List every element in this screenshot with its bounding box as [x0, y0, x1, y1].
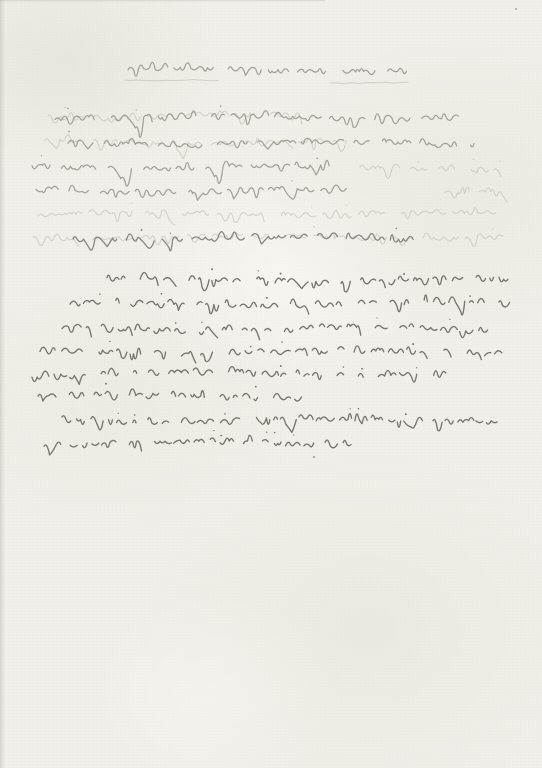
pencil-stroke: [280, 417, 296, 432]
pencil-stroke: [471, 168, 488, 173]
pencil-stroke: [458, 418, 474, 423]
pencil-dot: [248, 435, 250, 437]
pencil-stroke: [191, 391, 205, 398]
pencil-stroke: [323, 210, 351, 218]
paragraph1-line: [55, 105, 458, 137]
pencil-dot: [405, 413, 407, 415]
pencil-stroke: [101, 371, 105, 373]
pencil-stroke: [135, 189, 175, 197]
pencil-stroke: [476, 421, 483, 423]
pencil-dot: [280, 365, 282, 367]
pencil-stroke: [126, 234, 154, 248]
pencil-stroke: [320, 324, 325, 327]
pencil-stroke: [197, 419, 213, 423]
pencil-dot: [255, 386, 257, 388]
pencil-stroke: [274, 442, 281, 445]
pencil-stroke: [313, 373, 322, 380]
pencil-dot: [250, 346, 252, 348]
pencil-stroke: [336, 302, 341, 306]
pencil-stroke: [452, 277, 462, 281]
pencil-stroke: [296, 370, 299, 374]
pencil-stroke: [433, 276, 446, 285]
pencil-stroke: [70, 374, 85, 384]
pencil-dot: [220, 435, 222, 437]
pencil-stroke: [62, 165, 96, 170]
pencil-stroke: [142, 235, 179, 244]
pencil-stroke: [162, 421, 169, 423]
pencil-stroke: [86, 327, 91, 337]
title-handwriting: [128, 62, 406, 76]
pencil-stroke: [174, 63, 213, 71]
pencil-stroke: [315, 301, 333, 307]
pencil-dot: [266, 297, 268, 299]
pencil-stroke: [298, 69, 326, 74]
pencil-stroke: [256, 417, 269, 424]
pencil-stroke: [397, 421, 400, 427]
pencil-stroke: [262, 371, 279, 376]
pencil-stroke: [370, 301, 377, 303]
pencil-stroke: [378, 371, 396, 377]
pencil-stroke: [169, 370, 189, 373]
pencil-dot: [170, 233, 171, 234]
inserted-line: [73, 228, 413, 251]
pencil-stroke: [355, 414, 367, 424]
pencil-stroke: [182, 352, 196, 363]
pencil-stroke: [414, 278, 429, 285]
pencil-stroke: [148, 418, 158, 425]
pencil-stroke: [479, 328, 488, 333]
scanned-manuscript-page: illegible handwriting — no machine-reada…: [0, 0, 542, 768]
pencil-stroke: [358, 300, 365, 303]
pencil-dot: [274, 432, 275, 433]
pencil-dot: [105, 383, 107, 385]
pencil-stroke: [100, 189, 129, 197]
pencil-stroke: [476, 275, 485, 281]
pencil-stroke: [105, 391, 117, 400]
pencil-stroke: [134, 371, 137, 374]
pencil-stroke: [422, 114, 459, 121]
pencil-stroke: [268, 69, 288, 73]
pencil-stroke: [404, 417, 423, 428]
pencil-stroke: [359, 211, 385, 217]
pencil-stroke: [281, 212, 316, 217]
pencil-stroke: [254, 398, 257, 401]
pencil-stroke: [69, 392, 84, 398]
pencil-stroke: [206, 303, 219, 313]
erased-ghost-line: [38, 203, 496, 225]
pencil-dot: [469, 295, 471, 297]
pencil-dot: [135, 109, 137, 111]
pencil-stroke: [102, 440, 117, 447]
pencil-stroke: [449, 297, 465, 315]
pencil-stroke: [33, 234, 79, 246]
pencil-dot: [358, 408, 360, 410]
pencil-stroke: [281, 373, 286, 376]
pencil-stroke: [343, 69, 375, 75]
pencil-stroke: [144, 167, 171, 171]
pencil-stroke: [36, 186, 58, 192]
paragraph2-line: [40, 341, 502, 363]
pencil-stroke: [499, 301, 510, 307]
title-underline: [124, 80, 218, 81]
pencil-stroke: [444, 349, 451, 357]
pencil-stroke: [494, 169, 500, 177]
pencil-stroke: [133, 420, 136, 423]
pencil-dot: [473, 158, 475, 160]
pencil-stroke: [316, 417, 334, 421]
pencil-dot: [141, 229, 143, 231]
pencil-stroke: [409, 324, 414, 327]
pencil-dot: [67, 108, 69, 110]
pencil-stroke: [108, 368, 118, 375]
pencil-stroke: [371, 348, 384, 352]
pencil-stroke: [32, 371, 49, 381]
paragraph2-line: [62, 408, 497, 432]
pencil-stroke: [304, 374, 309, 376]
pencil-stroke: [54, 374, 67, 379]
pencil-stroke: [135, 324, 149, 330]
erased-ghost-line: [48, 107, 302, 125]
paragraph2-line: [32, 365, 446, 384]
pencil-stroke: [340, 414, 352, 421]
pencil-stroke: [69, 185, 88, 192]
pencil-stroke: [388, 68, 407, 73]
pencil-stroke: [424, 295, 427, 302]
pencil-stroke: [108, 166, 131, 186]
pencil-stroke: [389, 349, 404, 353]
pencil-stroke: [402, 210, 447, 219]
pencil-stroke: [398, 276, 408, 281]
pencil-stroke: [221, 418, 240, 424]
paragraph2-line: [62, 317, 488, 339]
pencil-stroke: [441, 327, 458, 333]
pencil-stroke: [176, 162, 194, 170]
pencil-stroke: [130, 348, 141, 360]
pencil-dot: [492, 228, 493, 229]
pencil-stroke: [499, 277, 508, 282]
pencil-stroke: [129, 389, 142, 396]
pencil-stroke: [486, 421, 497, 424]
pencil-dot: [281, 341, 283, 343]
pencil-stroke: [390, 300, 402, 311]
pencil-dot: [412, 343, 414, 345]
pencil-stroke: [147, 301, 164, 307]
pencil-dot: [201, 322, 202, 323]
pencil-stroke: [164, 278, 177, 287]
pencil-stroke: [295, 160, 329, 175]
pencil-stroke: [467, 350, 481, 360]
pencil-stroke: [187, 234, 205, 242]
paper-speck: [515, 8, 517, 10]
pencil-stroke: [263, 440, 269, 442]
pencil-stroke: [354, 140, 369, 144]
pencil-stroke: [312, 348, 327, 354]
pencil-stroke: [243, 436, 252, 444]
pencil-stroke: [433, 419, 442, 430]
pencil-stroke: [146, 393, 159, 398]
pencil-stroke: [83, 300, 100, 304]
pencil-stroke: [174, 440, 190, 443]
pencil-stroke: [410, 167, 427, 170]
pencil-stroke: [420, 352, 427, 359]
pencil-stroke: [83, 443, 88, 448]
pencil-stroke: [338, 347, 344, 349]
pencil-stroke: [127, 140, 161, 148]
pencil-stroke: [109, 420, 113, 425]
pencil-stroke: [337, 373, 344, 376]
pencil-stroke: [471, 144, 475, 147]
pencil-dot: [291, 180, 292, 181]
pencil-dot: [396, 228, 398, 230]
pencil-stroke: [389, 420, 395, 422]
pencil-stroke: [62, 348, 82, 353]
pencil-stroke: [199, 278, 210, 291]
pencil-stroke: [360, 164, 399, 178]
pencil-stroke: [189, 276, 195, 280]
pencil-stroke: [304, 443, 314, 447]
pencil-stroke: [299, 415, 313, 419]
pencil-dot: [175, 322, 177, 324]
pencil-stroke: [229, 367, 244, 373]
pencil-stroke: [116, 298, 120, 303]
pencil-stroke: [92, 443, 99, 445]
pencil-stroke: [407, 347, 416, 354]
pencil-stroke: [44, 442, 61, 455]
pencil-stroke: [312, 280, 329, 288]
pencil-stroke: [131, 300, 143, 306]
pencil-stroke: [341, 281, 350, 292]
pencil-dot: [161, 293, 163, 295]
pencil-stroke: [99, 350, 113, 354]
pencil-stroke: [118, 327, 132, 335]
pencil-dot: [211, 268, 213, 270]
pencil-stroke: [400, 326, 407, 328]
pencil-stroke: [129, 441, 141, 451]
pencil-stroke: [330, 82, 408, 83]
pencil-dot: [293, 434, 294, 435]
pencil-stroke: [404, 300, 408, 305]
pencil-stroke: [229, 349, 240, 355]
pencil-stroke: [460, 330, 473, 337]
pencil-stroke: [275, 278, 285, 283]
pencil-stroke: [257, 277, 268, 285]
erased-ghost-line: [360, 158, 501, 178]
pencil-stroke: [217, 141, 247, 148]
pencil-stroke: [333, 141, 346, 152]
pencil-stroke: [101, 324, 113, 332]
pencil-stroke: [288, 279, 308, 289]
pencil-stroke: [179, 393, 186, 397]
pencil-stroke: [124, 80, 218, 81]
pencil-stroke: [38, 212, 82, 217]
pencil-dot: [416, 367, 417, 368]
pencil-dot: [449, 319, 450, 320]
pencil-stroke: [228, 67, 261, 76]
pencil-stroke: [89, 210, 132, 221]
pencil-stroke: [358, 374, 363, 378]
paragraph1-line: [32, 155, 329, 186]
pencil-stroke: [445, 187, 470, 198]
pencil-dot: [213, 430, 214, 431]
pencil-dot: [343, 366, 345, 368]
pencil-stroke: [434, 371, 446, 377]
pencil-stroke: [274, 394, 291, 400]
pencil-stroke: [246, 370, 256, 376]
pencil-stroke: [296, 348, 308, 355]
pencil-stroke: [117, 349, 127, 358]
pencil-stroke: [354, 346, 365, 353]
pencil-stroke: [70, 301, 80, 306]
pencil-stroke: [233, 395, 237, 397]
pencil-stroke: [38, 394, 56, 401]
pencil-dot: [418, 161, 420, 163]
pencil-stroke: [220, 395, 229, 400]
pencil-stroke: [197, 302, 202, 305]
pencil-dot: [134, 414, 136, 416]
pencil-stroke: [154, 351, 165, 359]
pencil-dot: [224, 413, 226, 415]
pencil-stroke: [389, 280, 395, 285]
pencil-stroke: [210, 438, 215, 442]
pencil-stroke: [148, 370, 159, 375]
pencil-stroke: [284, 328, 293, 332]
pencil-stroke: [212, 278, 228, 287]
pencil-stroke: [94, 392, 101, 395]
pencil-dot: [131, 203, 132, 204]
pencil-stroke: [265, 329, 271, 331]
pencil-stroke: [321, 185, 347, 193]
pencil-stroke: [375, 114, 410, 124]
pencil-stroke: [206, 161, 242, 183]
pencil-stroke: [258, 140, 296, 149]
pencil-stroke: [225, 300, 236, 307]
pencil-stroke: [244, 138, 293, 147]
pencil-stroke: [245, 351, 252, 354]
pencil-stroke: [423, 233, 459, 241]
pencil-stroke: [420, 326, 437, 331]
pencil-stroke: [300, 325, 313, 329]
pencil-stroke: [242, 328, 247, 330]
pencil-stroke: [193, 368, 212, 375]
pencil-stroke: [206, 327, 218, 338]
pencil-stroke: [194, 439, 204, 442]
pencil-stroke: [347, 324, 361, 335]
pencil-stroke: [433, 297, 445, 304]
pencil-stroke: [62, 324, 81, 332]
pencil-stroke: [121, 276, 125, 279]
pencil-stroke: [154, 441, 171, 443]
pencil-stroke: [217, 213, 264, 223]
pencil-stroke: [445, 419, 453, 424]
pencil-dot: [109, 341, 110, 342]
pencil-stroke: [343, 440, 351, 445]
pencil-stroke: [274, 417, 278, 420]
pencil-stroke: [175, 329, 186, 334]
erased-ghost-line: [445, 187, 507, 202]
pencil-stroke: [495, 351, 502, 354]
pencil-dot: [258, 270, 259, 271]
pencil-stroke: [154, 328, 171, 334]
pencil-dot: [376, 317, 377, 318]
pencil-stroke: [271, 350, 291, 354]
pencil-stroke: [485, 353, 491, 356]
pencil-stroke: [32, 164, 50, 169]
pencil-stroke: [168, 299, 184, 310]
pencil-dot: [313, 226, 315, 228]
pencil-stroke: [145, 210, 175, 225]
pencil-dot: [266, 432, 267, 433]
pencil-stroke: [40, 347, 55, 354]
pencil-stroke: [382, 139, 410, 145]
pencil-dot: [361, 368, 363, 370]
pencil-dot: [311, 206, 312, 207]
handwriting-layer: [0, 0, 542, 768]
pencil-stroke: [286, 442, 301, 446]
pencil-stroke: [325, 440, 337, 448]
pencil-stroke: [189, 189, 222, 200]
pencil-stroke: [107, 275, 119, 281]
pencil-stroke: [220, 438, 234, 444]
pencil-dot: [41, 155, 42, 156]
pencil-stroke: [233, 279, 240, 282]
pencil-stroke: [128, 62, 168, 76]
pencil-stroke: [70, 445, 77, 447]
pencil-stroke: [328, 325, 342, 329]
pencil-stroke: [452, 207, 495, 214]
pencil-stroke: [261, 303, 278, 308]
pencil-stroke: [240, 302, 256, 307]
pencil-stroke: [117, 420, 127, 424]
pencil-dot: [349, 408, 350, 409]
paragraph2-line: [70, 293, 510, 315]
pencil-dot: [280, 273, 282, 275]
pencil-stroke: [379, 280, 385, 288]
pencil-stroke: [490, 277, 494, 281]
pencil-stroke: [183, 211, 209, 216]
pencil-dot: [500, 161, 501, 162]
pencil-stroke: [420, 139, 457, 148]
pencil-stroke: [171, 391, 175, 396]
pencil-stroke: [251, 328, 259, 339]
pencil-stroke: [399, 373, 416, 382]
pencil-stroke: [243, 394, 250, 398]
paper-speck: [313, 456, 315, 458]
pencil-dot: [316, 158, 318, 160]
pencil-stroke: [112, 114, 153, 137]
pencil-stroke: [439, 165, 455, 170]
pencil-dot: [99, 293, 100, 294]
pencil-stroke: [465, 234, 503, 247]
pencil-dot: [346, 205, 347, 206]
pencil-stroke: [371, 415, 382, 420]
pencil-stroke: [62, 416, 71, 423]
pencil-stroke: [200, 332, 204, 335]
pencil-stroke: [76, 419, 84, 424]
pencil-stroke: [140, 273, 158, 286]
paragraph2-line: [107, 268, 508, 292]
pencil-stroke: [222, 325, 232, 330]
pencil-stroke: [479, 188, 507, 203]
paragraph2-line: [38, 383, 301, 401]
pencil-stroke: [201, 352, 213, 362]
pencil-stroke: [361, 278, 376, 284]
pencil-dot: [65, 107, 67, 109]
pencil-dot: [68, 131, 70, 133]
pencil-dot: [403, 273, 405, 275]
pencil-dot: [118, 413, 119, 414]
pencil-stroke: [478, 299, 485, 303]
pencil-stroke: [258, 349, 264, 352]
